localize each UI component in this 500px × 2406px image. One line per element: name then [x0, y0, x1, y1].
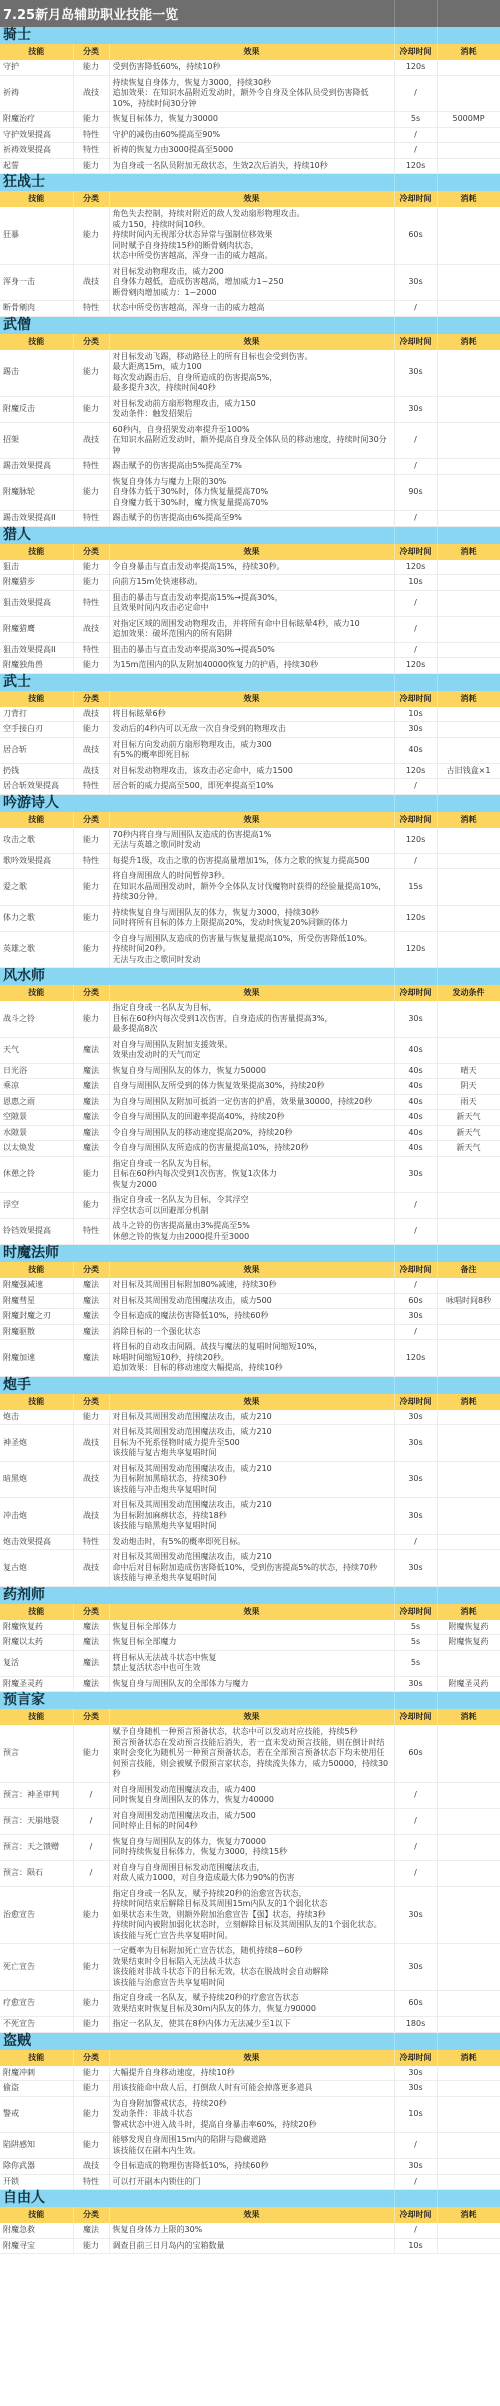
skill-type: 魔法 — [73, 1110, 109, 1126]
skill-name: 预言 — [0, 1725, 73, 1782]
column-header-row: 技能分类效果冷却时间消耗 — [0, 812, 500, 828]
class-section-header: 时魔法师 — [0, 1245, 500, 1263]
table-row: 附魔圣灵药魔法恢复自身与周围队友的全部体力与魔力30s附魔圣灵药 — [0, 1676, 500, 1692]
skill-effect: 对目标及其周围发动范围魔法攻击，威力210 命中后对目标附加造成伤害降低10%，… — [109, 1550, 394, 1587]
skill-name: 狙击效果提高II — [0, 642, 73, 658]
class-filler — [394, 174, 437, 192]
header-type: 分类 — [73, 691, 109, 707]
header-effect: 效果 — [109, 334, 394, 350]
skill-effect: 对目标及其周围发动范围魔法攻击，威力210 — [109, 1410, 394, 1425]
skill-extra — [437, 1534, 500, 1550]
skill-cooldown: 120s — [394, 931, 437, 968]
class-filler — [437, 2032, 500, 2050]
skill-cooldown: / — [394, 779, 437, 795]
table-row: 狙击效果提高II特性狙击的暴击与直击发动率提高30%→提高50%/ — [0, 642, 500, 658]
skill-type: 特性 — [73, 2174, 109, 2190]
skill-extra: 附魔恢复药 — [437, 1620, 500, 1635]
class-filler — [437, 968, 500, 986]
skill-type: 战技 — [73, 763, 109, 779]
skill-cooldown: / — [394, 1219, 437, 1245]
skill-name: 踢击效果提高 — [0, 459, 73, 475]
table-row: 开锁特性可以打开副本内锁住的门/ — [0, 2174, 500, 2190]
skill-name: 乘凉 — [0, 1079, 73, 1095]
skill-extra: 古旧钱盒×1 — [437, 763, 500, 779]
skill-effect: 一定概率为目标附加死亡宣告状态，随机持续8~60秒 效果结束时令目标陷入无法战斗… — [109, 1944, 394, 1991]
skill-name: 扔钱 — [0, 763, 73, 779]
table-row: 天气魔法对自身与周围队友附加支援效果。 效果由发动时的天气而定40s — [0, 1037, 500, 1063]
skill-cooldown: 5s — [394, 1620, 437, 1635]
skill-name: 狙击 — [0, 560, 73, 575]
skill-effect: 令目标造成的物理伤害降低10%，持续60秒 — [109, 2159, 394, 2175]
skill-effect: 令自身与周围队友所造成的伤害量提高10%，持续20秒 — [109, 1141, 394, 1157]
skill-type: 能力 — [73, 2133, 109, 2159]
skill-cooldown: 30s — [394, 1676, 437, 1692]
skill-name: 附魔猎步 — [0, 575, 73, 591]
skill-extra — [437, 931, 500, 968]
skill-effect: 能够发现自身周围15m内的陷阱与隐藏道路 该技能仅在副本内生效。 — [109, 2133, 394, 2159]
header-effect: 效果 — [109, 191, 394, 207]
skill-extra — [437, 127, 500, 143]
skill-extra — [437, 143, 500, 159]
table-row: 疗愈宣告能力指定自身或一名队友，赋予持续20秒的疗愈宣告状态 效果结束时恢复目标… — [0, 1991, 500, 2017]
skill-type: 特性 — [73, 511, 109, 527]
skill-cooldown: 30s — [394, 350, 437, 397]
skill-effect: 赋予自身随机一种预言预备状态，状态中可以发动对应技能，持续5秒 预言预备状态在发… — [109, 1725, 394, 1782]
header-cooldown: 冷却时间 — [394, 1709, 437, 1725]
skill-name: 炮击 — [0, 1410, 73, 1425]
class-filler — [394, 1692, 437, 1710]
skill-extra — [437, 158, 500, 174]
skill-type: 特性 — [73, 143, 109, 159]
skill-cooldown: 30s — [394, 396, 437, 422]
table-row: 狂暴能力角色失去控制，持续对附近的敌人发动扇形物理攻击。 威力150，持续时间1… — [0, 207, 500, 264]
table-row: 附魔反击能力对目标发动前方扇形物理攻击，威力150 发动条件：触发招架后30s — [0, 396, 500, 422]
skill-effect: 指定自身或一名队友为目标， 目标在60秒内每次受到1次伤害，自身造成的伤害量提高… — [109, 1001, 394, 1037]
table-row: 浮空能力指定自身或一名队友为目标，令其浮空 浮空状态可以回避部分机制/ — [0, 1193, 500, 1219]
skill-type: 魔法 — [73, 1079, 109, 1095]
skill-extra — [437, 2081, 500, 2097]
skill-extra — [437, 1193, 500, 1219]
header-skill: 技能 — [0, 2050, 73, 2066]
skill-type: 能力 — [73, 1156, 109, 1193]
header-extra: 消耗 — [437, 2050, 500, 2066]
skill-name: 陷阱感知 — [0, 2133, 73, 2159]
skill-effect: 战斗之铃的伤害提高量由3%提高至5% 休憩之铃的恢复力由2000提升至3000 — [109, 1219, 394, 1245]
skill-cooldown: 40s — [394, 1125, 437, 1141]
header-cooldown: 冷却时间 — [394, 44, 437, 60]
skill-extra: 附魔圣灵药 — [437, 1676, 500, 1692]
skill-cooldown: / — [394, 2133, 437, 2159]
skill-extra — [437, 1156, 500, 1193]
skill-type: 能力 — [73, 658, 109, 674]
skill-name: 守护效果提高 — [0, 127, 73, 143]
header-cooldown: 冷却时间 — [394, 985, 437, 1001]
skill-name: 以太焕发 — [0, 1141, 73, 1157]
skill-cooldown: 40s — [394, 1094, 437, 1110]
header-type: 分类 — [73, 2207, 109, 2223]
skill-cooldown: / — [394, 1193, 437, 1219]
skill-name: 冲击炮 — [0, 1498, 73, 1535]
table-row: 空隙景魔法令自身与周围队友的回避率提高40%，持续20秒40s新天气 — [0, 1110, 500, 1126]
skill-name: 祈祷效果提高 — [0, 143, 73, 159]
skill-effect: 指定自身或一名队友，赋予持续20秒的治愈宣告状态， 持续时间结束后解除目标及其周… — [109, 1886, 394, 1944]
skill-name: 英雄之歌 — [0, 931, 73, 968]
skill-effect: 指定自身或一名队友为目标，令其浮空 浮空状态可以回避部分机制 — [109, 1193, 394, 1219]
skill-cooldown: 10s — [394, 2096, 437, 2133]
header-skill: 技能 — [0, 544, 73, 560]
skill-extra — [437, 459, 500, 475]
header-extra: 消耗 — [437, 191, 500, 207]
skill-effect: 恢复目标全部体力 — [109, 1620, 394, 1635]
table-row: 扔钱战技对目标发动物理攻击，该攻击必定命中，威力1500120s古旧钱盒×1 — [0, 763, 500, 779]
skill-type: 能力 — [73, 1725, 109, 1782]
skill-name: 神圣炮 — [0, 1425, 73, 1462]
skill-effect: 60秒内，自身招架发动率提升至100% 在知识水晶附近发动时，额外提高自身及全体… — [109, 422, 394, 459]
skill-type: 能力 — [73, 1410, 109, 1425]
skill-type: 魔法 — [73, 1278, 109, 1293]
table-row: 附魔强减速魔法对目标及其周围目标附加80%减速，持续30秒/ — [0, 1278, 500, 1293]
skill-effect: 令自身暴击与直击发动率提高15%，持续30秒。 — [109, 560, 394, 575]
skill-type: 能力 — [73, 869, 109, 906]
header-type: 分类 — [73, 2050, 109, 2066]
table-row: 偷盗能力用该技能命中敌人后，打倒敌人时有可能会掉落更多道具30s — [0, 2081, 500, 2097]
table-row: 暗黑炮战技对目标及其周围发动范围魔法攻击，威力210 为目标附加黑暗状态，持续3… — [0, 1461, 500, 1498]
skill-cooldown: 30s — [394, 2159, 437, 2175]
table-row: 祈祷效果提高特性祈祷的恢复力由3000提高至5000/ — [0, 143, 500, 159]
table-row: 预言：天之馈赠/恢复自身与周围队友的体力，恢复力70000 同时持续恢复目标体力… — [0, 1834, 500, 1860]
table-row: 附魔猎鹰战技对指定区域的周围发动物理攻击，并将所有命中目标眩晕4秒，威力10 追… — [0, 616, 500, 642]
class-name: 武僧 — [0, 316, 394, 334]
skill-extra — [437, 575, 500, 591]
table-row: 恩惠之雨魔法为自身与周围队友附加可抵消一定伤害的护盾，效果量30000，持续20… — [0, 1094, 500, 1110]
header-skill: 技能 — [0, 1262, 73, 1278]
skill-type: 魔法 — [73, 1141, 109, 1157]
class-name: 狂战士 — [0, 174, 394, 192]
skill-type: / — [73, 1834, 109, 1860]
skill-type: 能力 — [73, 2017, 109, 2033]
skill-effect: 恢复自身与周围队友的体力，恢复力70000 同时持续恢复目标体力，恢复力3000… — [109, 1834, 394, 1860]
table-row: 战斗之铃能力指定自身或一名队友为目标， 目标在60秒内每次受到1次伤害，自身造成… — [0, 1001, 500, 1037]
skill-cooldown: 180s — [394, 2017, 437, 2033]
column-header-row: 技能分类效果冷却时间消耗 — [0, 1604, 500, 1620]
table-row: 预言：天崩地裂/对自身周围发动范围魔法攻击，威力500 同时停止目标的时间4秒/ — [0, 1808, 500, 1834]
skill-type: 魔法 — [73, 1635, 109, 1651]
skill-effect: 令自身与周围队友的移动速度提高20%，持续20秒 — [109, 1125, 394, 1141]
class-filler — [437, 794, 500, 812]
skill-extra — [437, 2223, 500, 2238]
skill-type: 能力 — [73, 350, 109, 397]
table-row: 附魔治疗能力恢复目标体力，恢复力300005s5000MP — [0, 112, 500, 128]
title-filler — [437, 0, 500, 27]
skill-effect: 对目标及其周围发动范围魔法攻击，威力210 目标为不死系怪物时威力提升至500 … — [109, 1425, 394, 1462]
table-row: 踢击能力对目标发动飞踢，移动路径上的所有目标也会受到伤害。 最大距离15m，威力… — [0, 350, 500, 397]
skill-type: 战技 — [73, 1425, 109, 1462]
skill-type: 魔法 — [73, 1340, 109, 1377]
skill-effect: 指定一名队友，使其在8秒内体力无法减少至1以下 — [109, 2017, 394, 2033]
header-type: 分类 — [73, 191, 109, 207]
skill-name: 复古炮 — [0, 1550, 73, 1587]
skill-effect: 恢复自身体力与魔力上限的30% 自身体力低于30%时，体力恢复量提高70% 自身… — [109, 474, 394, 511]
skill-extra — [437, 1410, 500, 1425]
skill-type: 能力 — [73, 2066, 109, 2081]
skill-type: 魔法 — [73, 1125, 109, 1141]
skill-effect: 为自身与周围队友附加可抵消一定伤害的护盾，效果量30000，持续20秒 — [109, 1094, 394, 1110]
title-filler — [394, 0, 437, 27]
skill-extra — [437, 1498, 500, 1535]
skill-effect: 对指定区域的周围发动物理攻击，并将所有命中目标眩晕4秒，威力10 追加效果：破坏… — [109, 616, 394, 642]
skill-extra: 附魔恢复药 — [437, 1635, 500, 1651]
skill-name: 炮击效果提高 — [0, 1534, 73, 1550]
class-section-header: 风水师 — [0, 968, 500, 986]
skill-name: 恩惠之雨 — [0, 1094, 73, 1110]
skill-extra — [437, 1309, 500, 1325]
skill-extra — [437, 422, 500, 459]
header-cooldown: 冷却时间 — [394, 2050, 437, 2066]
skill-extra — [437, 2017, 500, 2033]
skill-type: / — [73, 1860, 109, 1886]
skill-effect: 令自身与周围队友造成的伤害量与恢复量提高10%，所受伤害降低10%。 持续时间2… — [109, 931, 394, 968]
table-row: 附魔加速魔法将目标的自动攻击间隔、战技与魔法的复唱时间缩短10%， 咏唱时间缩短… — [0, 1340, 500, 1377]
class-name: 武士 — [0, 673, 394, 691]
skill-type: 能力 — [73, 2096, 109, 2133]
skill-type: 特性 — [73, 779, 109, 795]
skill-extra — [437, 207, 500, 264]
skill-type: 能力 — [73, 828, 109, 854]
table-row: 附魔猎步能力向前方15m处快速移动。10s — [0, 575, 500, 591]
skill-effect: 恢复自身与周围队友的全部体力与魔力 — [109, 1676, 394, 1692]
skill-extra — [437, 2238, 500, 2254]
skill-type: 能力 — [73, 1001, 109, 1037]
skill-cooldown: 60s — [394, 1293, 437, 1309]
skill-effect: 令自身与周围队友的回避率提高40%，持续20秒 — [109, 1110, 394, 1126]
skill-type: 魔法 — [73, 1324, 109, 1340]
skill-name: 歌吟效果提高 — [0, 853, 73, 869]
skill-effect: 为自身或一名队员附加无敌状态，生效2次后消失，持续10秒 — [109, 158, 394, 174]
skill-name: 浑身一击 — [0, 264, 73, 301]
skill-name: 治愈宣告 — [0, 1886, 73, 1944]
skill-type: 能力 — [73, 1944, 109, 1991]
class-filler — [394, 2190, 437, 2208]
class-filler — [394, 2032, 437, 2050]
skill-extra — [437, 1037, 500, 1063]
class-section-header: 炮手 — [0, 1376, 500, 1394]
skill-effect: 自身与周围队友所受到的体力恢复效果提高30%，持续20秒 — [109, 1079, 394, 1095]
skill-extra — [437, 301, 500, 317]
class-filler — [394, 1376, 437, 1394]
column-header-row: 技能分类效果冷却时间消耗 — [0, 2207, 500, 2223]
skill-cooldown: 30s — [394, 1309, 437, 1325]
skill-type: 魔法 — [73, 1037, 109, 1063]
skill-effect: 70秒内将自身与周围队友造成的伤害提高1% 无法与英雄之歌同时发动 — [109, 828, 394, 854]
skill-cooldown: 60s — [394, 1725, 437, 1782]
skill-cooldown: 30s — [394, 722, 437, 738]
header-extra: 消耗 — [437, 2207, 500, 2223]
table-row: 复活魔法将目标从无法战斗状态中恢复 禁止复活状态中也可生效5s — [0, 1650, 500, 1676]
skill-type: 魔法 — [73, 1620, 109, 1635]
table-row: 附魔急救魔法恢复自身体力上限的30%/ — [0, 2223, 500, 2238]
skill-effect: 对自身与周围队友附加支援效果。 效果由发动时的天气而定 — [109, 1037, 394, 1063]
skill-effect: 恢复自身体力上限的30% — [109, 2223, 394, 2238]
class-filler — [437, 174, 500, 192]
skill-extra: 晴天 — [437, 1063, 500, 1079]
skill-name: 附魔驱散 — [0, 1324, 73, 1340]
skill-cooldown: 10s — [394, 575, 437, 591]
table-row: 预言：陨石/对自身与自身周围目标发动范围魔法攻击， 对敌人威力1000，对自身造… — [0, 1860, 500, 1886]
skill-extra — [437, 2159, 500, 2175]
skill-name: 附魔猎鹰 — [0, 616, 73, 642]
header-effect: 效果 — [109, 2207, 394, 2223]
skill-extra — [437, 828, 500, 854]
class-section-header: 武士 — [0, 673, 500, 691]
skill-cooldown: 40s — [394, 737, 437, 763]
skill-extra: 阴天 — [437, 1079, 500, 1095]
skill-cooldown: 120s — [394, 658, 437, 674]
skill-type: 特性 — [73, 1534, 109, 1550]
class-name: 盗贼 — [0, 2032, 394, 2050]
skill-name: 附魔冲刺 — [0, 2066, 73, 2081]
skill-name: 招架 — [0, 422, 73, 459]
skill-cooldown: 5s — [394, 1650, 437, 1676]
skill-cooldown: 120s — [394, 1340, 437, 1377]
skill-extra — [437, 707, 500, 722]
skill-cooldown: 40s — [394, 1063, 437, 1079]
skill-name: 附魔反击 — [0, 396, 73, 422]
skill-effect: 为自身附加警戒状态，持续20秒 发动条件：非战斗状态 警戒状态中进入战斗时，提高… — [109, 2096, 394, 2133]
skill-type: 能力 — [73, 722, 109, 738]
skill-name: 狙击效果提高 — [0, 590, 73, 616]
skill-name: 附魔圣灵药 — [0, 1676, 73, 1692]
skill-extra — [437, 590, 500, 616]
column-header-row: 技能分类效果冷却时间消耗 — [0, 44, 500, 60]
skill-effect: 状态中所受伤害越高，浑身一击的威力越高 — [109, 301, 394, 317]
class-name: 风水师 — [0, 968, 394, 986]
skill-cooldown: 30s — [394, 1886, 437, 1944]
class-section-header: 预言家 — [0, 1692, 500, 1710]
table-row: 体力之歌能力持续恢复自身与周围队友的体力，恢复力3000，持续30秒 同时将所有… — [0, 905, 500, 931]
skill-extra — [437, 1340, 500, 1377]
skill-effect: 对目标及其周围发动范围魔法攻击，威力210 为目标附加麻痹状态，持续18秒 该技… — [109, 1498, 394, 1535]
skill-extra — [437, 1278, 500, 1293]
class-name: 时魔法师 — [0, 1245, 394, 1263]
header-extra: 备注 — [437, 1262, 500, 1278]
header-cooldown: 冷却时间 — [394, 334, 437, 350]
class-name: 药剂师 — [0, 1586, 394, 1604]
skill-cooldown: 30s — [394, 1944, 437, 1991]
table-row: 附魔脉轮能力恢复自身体力与魔力上限的30% 自身体力低于30%时，体力恢复量提高… — [0, 474, 500, 511]
skill-type: 能力 — [73, 60, 109, 75]
column-header-row: 技能分类效果冷却时间备注 — [0, 1262, 500, 1278]
column-header-row: 技能分类效果冷却时间发动条件 — [0, 985, 500, 1001]
skill-extra: 新天气 — [437, 1110, 500, 1126]
skill-effect: 对自身与自身周围目标发动范围魔法攻击， 对敌人威力1000，对自身造成最大体力9… — [109, 1860, 394, 1886]
header-cooldown: 冷却时间 — [394, 691, 437, 707]
class-name: 猎人 — [0, 526, 394, 544]
table-row: 断骨剜肉特性状态中所受伤害越高，浑身一击的威力越高/ — [0, 301, 500, 317]
table-row: 居合斩效果提高特性居合斩的威力提高至500，即死率提高至10%/ — [0, 779, 500, 795]
table-row: 附魔寻宝能力调查目前三日月岛内的宝箱数量10s — [0, 2238, 500, 2254]
title-row: 7.25新月岛辅助职业技能一览 — [0, 0, 500, 27]
skill-type: 战技 — [73, 264, 109, 301]
skill-type: 魔法 — [73, 1094, 109, 1110]
skill-extra — [437, 350, 500, 397]
table-row: 铃铛效果提高特性战斗之铃的伤害提高量由3%提高至5% 休憩之铃的恢复力由2000… — [0, 1219, 500, 1245]
table-row: 附魔冲刺能力大幅提升自身移动速度，持续10秒30s — [0, 2066, 500, 2081]
skill-cooldown: / — [394, 422, 437, 459]
header-type: 分类 — [73, 544, 109, 560]
skill-extra — [437, 722, 500, 738]
skill-effect: 持续恢复自身体力，恢复力3000，持续30秒 追加效果：在知识水晶附近发动时，额… — [109, 75, 394, 112]
class-filler — [394, 316, 437, 334]
skill-extra — [437, 1991, 500, 2017]
class-filler — [394, 794, 437, 812]
skill-extra: 新天气 — [437, 1141, 500, 1157]
skill-type: 特性 — [73, 642, 109, 658]
header-effect: 效果 — [109, 1394, 394, 1410]
skill-type: 战技 — [73, 2159, 109, 2175]
header-cooldown: 冷却时间 — [394, 2207, 437, 2223]
skill-name: 预言：天之馈赠 — [0, 1834, 73, 1860]
header-effect: 效果 — [109, 1604, 394, 1620]
skill-type: 能力 — [73, 474, 109, 511]
column-header-row: 技能分类效果冷却时间消耗 — [0, 1709, 500, 1725]
skill-effect: 恢复自身与周围队友的体力，恢复力50000 — [109, 1063, 394, 1079]
skill-type: 特性 — [73, 459, 109, 475]
skill-type: 战技 — [73, 1550, 109, 1587]
skill-name: 死亡宣告 — [0, 1944, 73, 1991]
skill-name: 踢击 — [0, 350, 73, 397]
column-header-row: 技能分类效果冷却时间消耗 — [0, 2050, 500, 2066]
skill-name: 除你武器 — [0, 2159, 73, 2175]
table-row: 守护效果提高特性守护的减伤由60%提高至90%/ — [0, 127, 500, 143]
header-cooldown: 冷却时间 — [394, 1604, 437, 1620]
table-row: 日光浴魔法恢复自身与周围队友的体力，恢复力5000040s晴天 — [0, 1063, 500, 1079]
skill-effect: 角色失去控制，持续对附近的敌人发动扇形物理攻击。 威力150，持续时间10秒。 … — [109, 207, 394, 264]
header-skill: 技能 — [0, 2207, 73, 2223]
skill-effect: 将自身周围敌人的时间暂停3秒。 在知识水晶周围发动时，额外令全体队友讨伐魔物时获… — [109, 869, 394, 906]
skill-name: 起誓 — [0, 158, 73, 174]
skill-cooldown: 40s — [394, 1079, 437, 1095]
skill-type: 能力 — [73, 560, 109, 575]
header-effect: 效果 — [109, 812, 394, 828]
header-type: 分类 — [73, 985, 109, 1001]
skill-type: 战技 — [73, 1498, 109, 1535]
skill-extra — [437, 737, 500, 763]
skill-cooldown: 120s — [394, 763, 437, 779]
skill-extra — [437, 905, 500, 931]
header-type: 分类 — [73, 334, 109, 350]
table-row: 治愈宣告能力指定自身或一名队友，赋予持续20秒的治愈宣告状态， 持续时间结束后解… — [0, 1886, 500, 1944]
skill-name: 预言：神圣审判 — [0, 1782, 73, 1808]
skill-name: 断骨剜肉 — [0, 301, 73, 317]
header-extra: 发动条件 — [437, 985, 500, 1001]
skill-name: 浮空 — [0, 1193, 73, 1219]
table-row: 狙击能力令自身暴击与直击发动率提高15%，持续30秒。120s — [0, 560, 500, 575]
header-type: 分类 — [73, 1604, 109, 1620]
skill-extra — [437, 642, 500, 658]
skill-cooldown: / — [394, 1834, 437, 1860]
class-name: 骑士 — [0, 27, 394, 44]
skill-cooldown: 15s — [394, 869, 437, 906]
table-row: 乘凉魔法自身与周围队友所受到的体力恢复效果提高30%，持续20秒40s阴天 — [0, 1079, 500, 1095]
skill-cooldown: 5s — [394, 1635, 437, 1651]
class-filler — [437, 673, 500, 691]
skill-cooldown: / — [394, 459, 437, 475]
header-skill: 技能 — [0, 985, 73, 1001]
table-row: 狙击效果提高特性狙击的暴击与直击发动率提高15%→提高30%， 且效果时间内攻击… — [0, 590, 500, 616]
table-row: 起誓能力为自身或一名队员附加无敌状态，生效2次后消失，持续10秒120s — [0, 158, 500, 174]
skill-name: 附魔封魔之刃 — [0, 1309, 73, 1325]
skill-cooldown: / — [394, 511, 437, 527]
